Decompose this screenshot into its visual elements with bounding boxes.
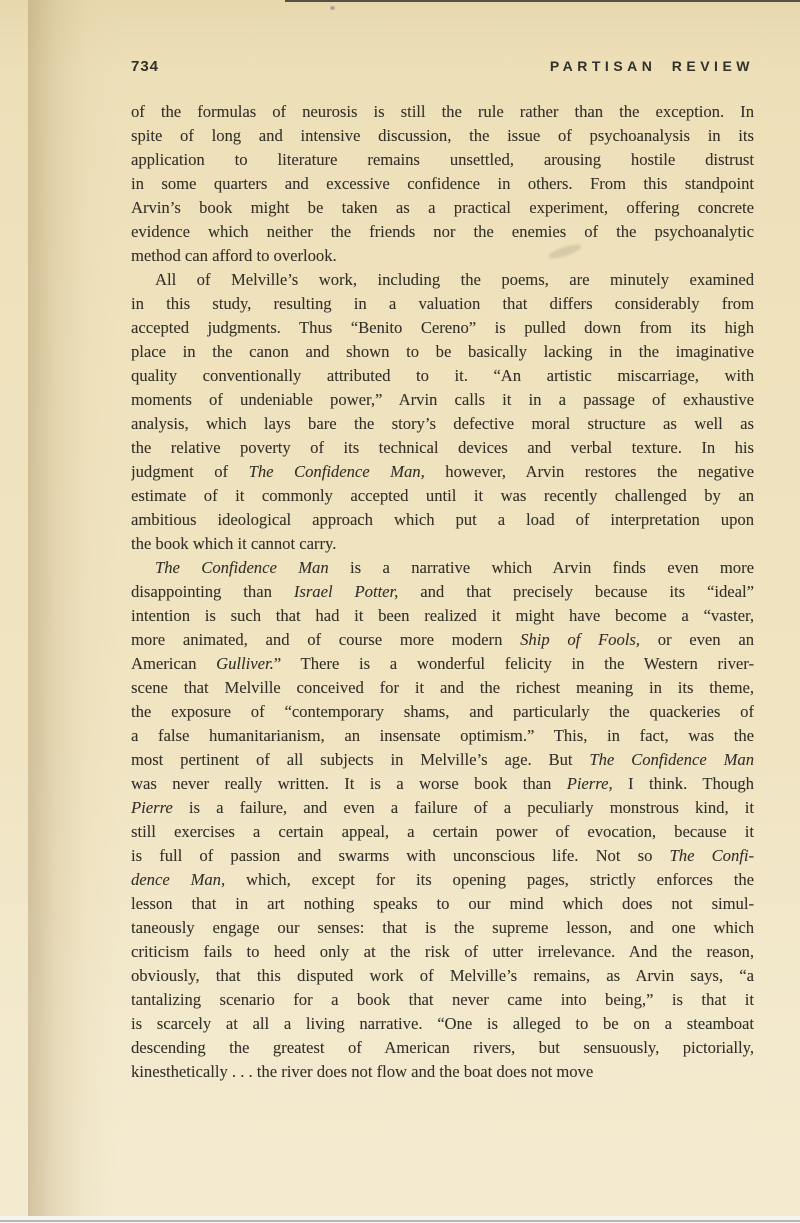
text-run: moments of undeniable power,” Arvin call… xyxy=(131,390,754,409)
italic-text-run: Ship of Fools, xyxy=(520,630,640,649)
paragraph: The Confidence Man is a narrative which … xyxy=(131,556,754,1084)
text-line: Arvin’s book might be taken as a practic… xyxy=(131,196,754,220)
text-line: American Gulliver.” There is a wonderful… xyxy=(131,652,754,676)
text-line: lesson that in art nothing speaks to our… xyxy=(131,892,754,916)
text-run: method can afford to overlook. xyxy=(131,246,337,265)
text-line: scene that Melville conceived for it and… xyxy=(131,676,754,700)
italic-text-run: Gulliver. xyxy=(216,654,274,673)
text-line: still exercises a certain appeal, a cert… xyxy=(131,820,754,844)
text-run: descending the greatest of American rive… xyxy=(131,1038,754,1057)
text-run: ” There is a wonderful felicity in the W… xyxy=(274,654,754,673)
text-run: intention is such that had it been reali… xyxy=(131,606,754,625)
text-line: taneously engage our senses: that is the… xyxy=(131,916,754,940)
text-line: quality conventionally attributed to it.… xyxy=(131,364,754,388)
text-line: most pertinent of all subjects in Melvil… xyxy=(131,748,754,772)
text-line: intention is such that had it been reali… xyxy=(131,604,754,628)
text-line: Pierre is a failure, and even a failure … xyxy=(131,796,754,820)
text-line: estimate of it commonly accepted until i… xyxy=(131,484,754,508)
text-line: is full of passion and swarms with uncon… xyxy=(131,844,754,868)
text-line: kinesthetically . . . the river does not… xyxy=(131,1060,754,1084)
italic-text-run: The Confidence Man xyxy=(155,558,329,577)
text-run: the book which it cannot carry. xyxy=(131,534,336,553)
text-run: application to literature remains unsett… xyxy=(131,150,754,169)
scanned-page: 734 PARTISAN REVIEW of the formulas of n… xyxy=(0,0,800,1223)
text-run: evidence which neither the friends nor t… xyxy=(131,222,754,241)
italic-text-run: The Confidence Man, xyxy=(249,462,425,481)
text-line: descending the greatest of American rive… xyxy=(131,1036,754,1060)
text-line: place in the canon and shown to be basic… xyxy=(131,340,754,364)
text-run: tantalizing scenario for a book that nev… xyxy=(131,990,754,1009)
paragraph: of the formulas of neurosis is still the… xyxy=(131,100,754,268)
italic-text-run: The Confi- xyxy=(670,846,754,865)
text-line: evidence which neither the friends nor t… xyxy=(131,220,754,244)
text-line: application to literature remains unsett… xyxy=(131,148,754,172)
text-run: judgment of xyxy=(131,462,249,481)
text-run: still exercises a certain appeal, a cert… xyxy=(131,822,754,841)
italic-text-run: dence Man, xyxy=(131,870,225,889)
text-line: was never really written. It is a worse … xyxy=(131,772,754,796)
text-line: is scarcely at all a living narrative. “… xyxy=(131,1012,754,1036)
text-run: most pertinent of all subjects in Melvil… xyxy=(131,750,589,769)
italic-text-run: Pierre, xyxy=(567,774,613,793)
text-run: taneously engage our senses: that is the… xyxy=(131,918,754,937)
text-run: which, except for its opening pages, str… xyxy=(225,870,754,889)
text-line: moments of undeniable power,” Arvin call… xyxy=(131,388,754,412)
text-line: accepted judgments. Thus “Benito Cereno”… xyxy=(131,316,754,340)
italic-text-run: The Confidence Man xyxy=(589,750,754,769)
text-run: Arvin’s book might be taken as a practic… xyxy=(131,198,754,217)
page-curve-shadow xyxy=(28,0,118,1216)
text-line: method can afford to overlook. xyxy=(131,244,754,268)
text-run: disappointing than xyxy=(131,582,294,601)
text-run: however, Arvin restores the negative xyxy=(425,462,754,481)
text-run: quality conventionally attributed to it.… xyxy=(131,366,754,385)
text-run: in some quarters and excessive confidenc… xyxy=(131,174,754,193)
text-line: a false humanitarianism, an insensate op… xyxy=(131,724,754,748)
text-line: All of Melville’s work, including the po… xyxy=(131,268,754,292)
book-binding-edge xyxy=(0,0,28,1216)
text-line: criticism fails to heed only at the risk… xyxy=(131,940,754,964)
running-head: 734 PARTISAN REVIEW xyxy=(131,58,754,75)
text-line: more animated, and of course more modern… xyxy=(131,628,754,652)
text-line: analysis, which lays bare the story’s de… xyxy=(131,412,754,436)
text-line: The Confidence Man is a narrative which … xyxy=(131,556,754,580)
text-run: and that precisely because its “ideal” xyxy=(398,582,754,601)
text-run: the relative poverty of its technical de… xyxy=(131,438,754,457)
text-run: ambitious ideological approach which put… xyxy=(131,510,754,529)
text-line: the exposure of “contemporary shams, and… xyxy=(131,700,754,724)
text-run: or even an xyxy=(640,630,754,649)
text-run: in this study, resulting in a valuation … xyxy=(131,294,754,313)
text-run: the exposure of “contemporary shams, and… xyxy=(131,702,754,721)
text-line: the book which it cannot carry. xyxy=(131,532,754,556)
text-run: of the formulas of neurosis is still the… xyxy=(131,102,754,121)
text-run: kinesthetically . . . the river does not… xyxy=(131,1062,593,1081)
text-run: was never really written. It is a worse … xyxy=(131,774,567,793)
text-run: estimate of it commonly accepted until i… xyxy=(131,486,754,505)
text-run: criticism fails to heed only at the risk… xyxy=(131,942,754,961)
text-line: judgment of The Confidence Man, however,… xyxy=(131,460,754,484)
text-line: obviously, that this disputed work of Me… xyxy=(131,964,754,988)
text-line: in some quarters and excessive confidenc… xyxy=(131,172,754,196)
journal-title: PARTISAN REVIEW xyxy=(550,58,754,74)
text-run: is full of passion and swarms with uncon… xyxy=(131,846,670,865)
text-run: more animated, and of course more modern xyxy=(131,630,520,649)
scan-bottom-edge xyxy=(0,1216,800,1223)
text-run: I think. Though xyxy=(613,774,754,793)
text-line: of the formulas of neurosis is still the… xyxy=(131,100,754,124)
text-run: a false humanitarianism, an insensate op… xyxy=(131,726,754,745)
text-line: the relative poverty of its technical de… xyxy=(131,436,754,460)
text-run: analysis, which lays bare the story’s de… xyxy=(131,414,754,433)
text-line: dence Man, which, except for its opening… xyxy=(131,868,754,892)
text-run: scene that Melville conceived for it and… xyxy=(131,678,754,697)
text-line: ambitious ideological approach which put… xyxy=(131,508,754,532)
text-line: disappointing than Israel Potter, and th… xyxy=(131,580,754,604)
text-run: is a narrative which Arvin finds even mo… xyxy=(329,558,754,577)
italic-text-run: Pierre xyxy=(131,798,173,817)
text-line: spite of long and intensive discussion, … xyxy=(131,124,754,148)
italic-text-run: Israel Potter, xyxy=(294,582,398,601)
text-run: American xyxy=(131,654,216,673)
text-line: tantalizing scenario for a book that nev… xyxy=(131,988,754,1012)
text-run: is scarcely at all a living narrative. “… xyxy=(131,1014,754,1033)
text-run: is a failure, and even a failure of a pe… xyxy=(173,798,754,817)
text-run: spite of long and intensive discussion, … xyxy=(131,126,754,145)
page-number: 734 xyxy=(131,58,159,75)
scan-speck-artifact xyxy=(330,6,335,10)
text-line: in this study, resulting in a valuation … xyxy=(131,292,754,316)
paragraph: All of Melville’s work, including the po… xyxy=(131,268,754,556)
text-run: All of Melville’s work, including the po… xyxy=(155,270,754,289)
scan-bottom-line xyxy=(0,1220,800,1222)
scan-top-edge xyxy=(285,0,800,2)
text-run: place in the canon and shown to be basic… xyxy=(131,342,754,361)
text-run: lesson that in art nothing speaks to our… xyxy=(131,894,754,913)
page-body: of the formulas of neurosis is still the… xyxy=(131,100,754,1084)
text-run: accepted judgments. Thus “Benito Cereno”… xyxy=(131,318,754,337)
text-run: obviously, that this disputed work of Me… xyxy=(131,966,754,985)
